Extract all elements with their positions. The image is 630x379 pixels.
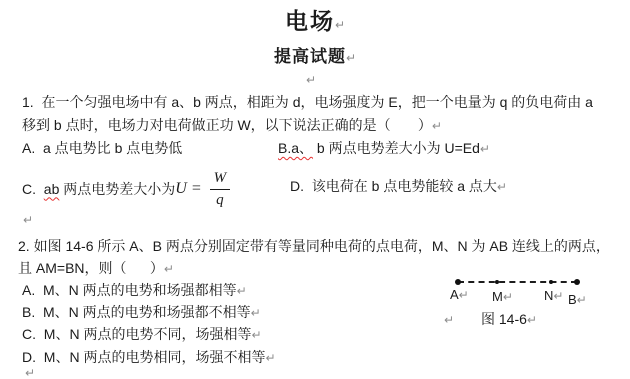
formula-fraction: Wq bbox=[210, 169, 231, 210]
paragraph-mark: ↵ bbox=[480, 142, 490, 156]
paragraph-mark: ↵ bbox=[251, 328, 261, 342]
q2-option-b: B. M、N 两点的电势和场强都不相等↵ bbox=[22, 304, 261, 321]
point-dot-N bbox=[549, 280, 553, 284]
paragraph-mark: ↵ bbox=[237, 284, 247, 298]
q1-option-b: B.a、 b 两点电势差大小为 U=Ed↵ bbox=[278, 140, 490, 157]
spellcheck-flagged-text: ab bbox=[44, 181, 60, 198]
q1-line2: 移到 b 点时，电场力对电荷做正功 W，以下说法正确的是（ ）↵ bbox=[22, 117, 442, 134]
q1-line1: 1. 在一个匀强电场中有 a、b 两点，相距为 d，电场强度为 E，把一个电量为… bbox=[22, 94, 593, 111]
paragraph-mark: ↵ bbox=[444, 313, 454, 327]
title-line: 电场↵ bbox=[0, 8, 630, 36]
figure-label-A: A↵ bbox=[450, 287, 469, 302]
paragraph-mark: ↵ bbox=[251, 306, 261, 320]
paragraph-mark: ↵ bbox=[335, 18, 345, 32]
point-dot-M bbox=[495, 280, 499, 284]
paragraph-mark: ↵ bbox=[577, 293, 587, 307]
paragraph-mark: ↵ bbox=[265, 351, 275, 365]
paragraph-mark: ↵ bbox=[306, 73, 316, 87]
paragraph-mark: ↵ bbox=[23, 213, 33, 227]
doc-subtitle: 提高试题 bbox=[274, 47, 346, 66]
paragraph-mark: ↵ bbox=[527, 313, 537, 327]
paragraph-mark: ↵ bbox=[432, 119, 442, 133]
figure-caption: 图 14-6↵ bbox=[481, 311, 537, 328]
figure-label-M: M↵ bbox=[492, 289, 513, 304]
q2-line2: 且 AM=BN，则（ ）↵ bbox=[18, 260, 174, 277]
fraction-denominator: q bbox=[216, 190, 224, 210]
formula-u-equals: U = bbox=[175, 179, 205, 198]
spellcheck-flagged-text: B.a、 bbox=[278, 140, 313, 156]
paragraph-mark: ↵ bbox=[459, 288, 469, 302]
figure-label-B: B↵ bbox=[568, 292, 587, 307]
q2-option-d: D. M、N 两点的电势相同，场强不相等↵ bbox=[22, 349, 276, 366]
point-dot-B bbox=[574, 279, 580, 285]
q2-line1: 2. 如图 14-6 所示 A、B 两点分别固定带有等量同种电荷的点电荷，M、N… bbox=[18, 238, 610, 255]
point-dot-A bbox=[455, 279, 461, 285]
fraction-numerator: W bbox=[210, 169, 231, 190]
q1-option-c: C. ab 两点电势差大小为 U = Wq bbox=[22, 163, 230, 215]
paragraph-mark: ↵ bbox=[346, 51, 356, 65]
q2-option-c: C. M、N 两点的电势不同，场强相等↵ bbox=[22, 326, 262, 343]
document-page: 电场↵ 提高试题↵ ↵ 1. 在一个匀强电场中有 a、b 两点，相距为 d，电场… bbox=[0, 0, 630, 379]
figure-dashed-line bbox=[458, 281, 577, 283]
paragraph-mark: ↵ bbox=[25, 366, 35, 379]
paragraph-mark: ↵ bbox=[164, 262, 174, 276]
figure-label-N: N↵ bbox=[544, 288, 563, 303]
subtitle-line: 提高试题↵ bbox=[0, 47, 630, 67]
paragraph-mark: ↵ bbox=[497, 180, 507, 194]
q1-option-d: D. 该电荷在 b 点电势能较 a 点大↵ bbox=[290, 178, 507, 195]
q1-option-a: A. a 点电势比 b 点电势低 bbox=[22, 140, 182, 157]
paragraph-mark: ↵ bbox=[503, 290, 513, 304]
q2-option-a: A. M、N 两点的电势和场强都相等↵ bbox=[22, 282, 247, 299]
paragraph-mark: ↵ bbox=[553, 289, 563, 303]
doc-title: 电场 bbox=[285, 8, 335, 34]
